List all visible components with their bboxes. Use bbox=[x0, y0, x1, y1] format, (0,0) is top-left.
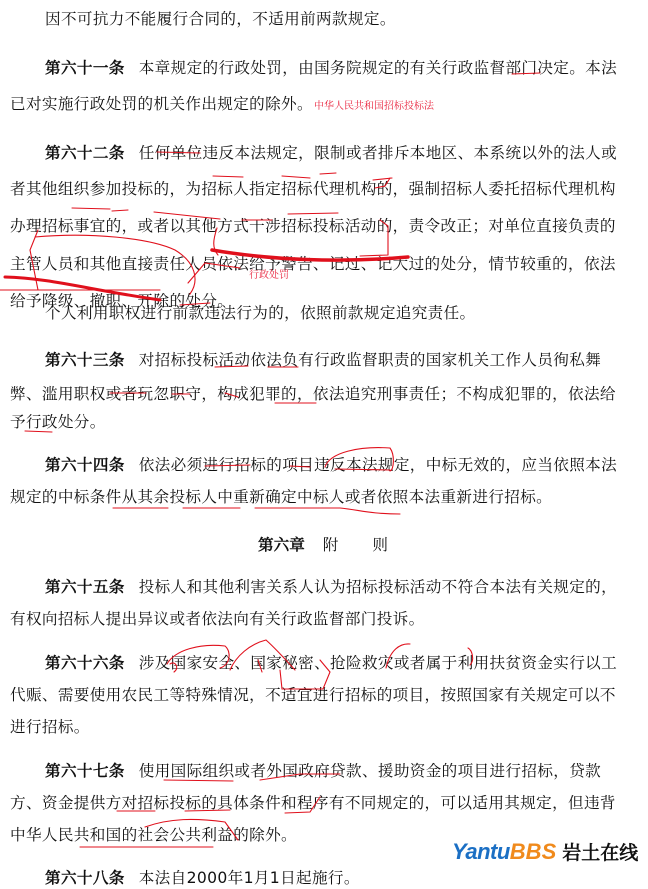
annotation-law-name: 中华人民共和国招标投标法 bbox=[314, 97, 434, 112]
paragraph-line: 方、资金提供方对招标投标的具体条件和程序有不同规定的，可以适用其规定，但违背 bbox=[10, 793, 616, 813]
article-number: 第六十五条 bbox=[45, 578, 125, 596]
article-62: 第六十二条任何单位违反本法规定，限制或者排斥本地区、本系统以外的法人或 bbox=[45, 143, 617, 163]
paragraph-line: 规定的中标条件从其余投标人中重新确定中标人或者依照本法重新进行招标。 bbox=[10, 487, 552, 507]
paragraph-line: 个人利用职权进行前款违法行为的，依照前款规定追究责任。 bbox=[45, 303, 475, 323]
paragraph-line: 主管人员和其他直接责任人员依法给予警告、记过、记大过的处分，情节较重的，依法 bbox=[10, 254, 616, 274]
article-67: 第六十七条使用国际组织或者外国政府贷款、援助资金的项目进行招标，贷款 bbox=[45, 761, 601, 781]
paragraph-line: 因不可抗力不能履行合同的，不适用前两款规定。 bbox=[45, 9, 396, 29]
paragraph-line: 中华人民共和国的社会公共利益的除外。 bbox=[10, 825, 297, 845]
paragraph-line: 有权向招标人提出异议或者依法向有关行政监督部门投诉。 bbox=[10, 609, 425, 629]
article-number: 第六十二条 bbox=[45, 144, 125, 162]
paragraph-line: 进行招标。 bbox=[10, 717, 90, 737]
article-64: 第六十四条依法必须进行招标的项目违反本法规定，中标无效的，应当依照本法 bbox=[45, 455, 617, 475]
paragraph-line: 已对实施行政处罚的机关作出规定的除外。 bbox=[10, 94, 313, 114]
article-number: 第六十六条 bbox=[45, 654, 125, 672]
yantu-bbs-watermark-logo: YantuBBS岩土在线 bbox=[452, 838, 638, 868]
chapter-heading: 第六章附则 bbox=[258, 533, 388, 555]
paragraph-line: 代赈、需要使用农民工等特殊情况，不适宜进行招标的项目，按照国家有关规定可以不 bbox=[10, 685, 616, 705]
paragraph-line: 办理招标事宜的，或者以其他方式干涉招标投标活动的，责令改正；对单位直接负责的 bbox=[10, 216, 616, 236]
article-number: 第六十三条 bbox=[45, 351, 125, 369]
article-66: 第六十六条涉及国家安全、国家秘密、抢险救灾或者属于利用扶贫资金实行以工 bbox=[45, 653, 617, 673]
article-number: 第六十八条 bbox=[45, 869, 125, 887]
handwritten-markup bbox=[0, 0, 648, 889]
article-61: 第六十一条本章规定的行政处罚，由国务院规定的有关行政监督部门决定。本法 bbox=[45, 58, 617, 78]
article-number: 第六十一条 bbox=[45, 59, 125, 77]
article-65: 第六十五条投标人和其他利害关系人认为招标投标活动不符合本法有关规定的， bbox=[45, 577, 617, 597]
annotation-admin-penalty: 行政处罚 bbox=[249, 266, 289, 281]
paragraph-line: 弊、滥用职权或者玩忽职守，构成犯罪的，依法追究刑事责任；不构成犯罪的，依法给 bbox=[10, 384, 616, 404]
article-63: 第六十三条对招标投标活动依法负有行政监督职责的国家机关工作人员徇私舞 bbox=[45, 350, 601, 370]
paragraph-line: 予行政处分。 bbox=[10, 412, 106, 432]
article-number: 第六十七条 bbox=[45, 762, 125, 780]
paragraph-line: 者其他组织参加投标的，为招标人指定招标代理机构的，强制招标人委托招标代理机构 bbox=[10, 179, 616, 199]
article-number: 第六十四条 bbox=[45, 456, 125, 474]
article-68: 第六十八条本法自2000年1月1日起施行。 bbox=[45, 868, 360, 888]
